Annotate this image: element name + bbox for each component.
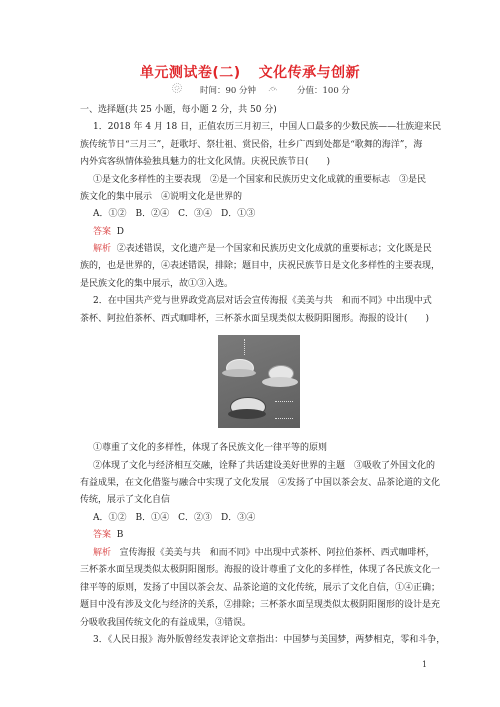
question-2-analysis: 分吸收我国传统文化的有益成果，③错误。: [80, 617, 251, 629]
question-2-option-statements: 有益成果，在文化借鉴与融合中实现了文化发展 ④发扬了中国以茶会友、品茶论道的文化: [80, 477, 440, 489]
question-2-text: 2．在中国共产党与世界政党高层对话会宣传海报《美美与共 和而不同》中出现中式: [93, 295, 432, 307]
question-1-option-statements: 族文化的集中展示 ④说明文化是世界的: [80, 191, 242, 203]
page-title: 单元测试卷(二)文化传承与创新: [0, 62, 500, 82]
title-topic: 文化传承与创新: [259, 65, 361, 81]
question-2-option-statements: ②体现了文化与经济相互交融，诠释了共话建设美好世界的主题 ③吸收了外国文化的: [93, 460, 435, 472]
question-1-analysis: 是民族文化的集中展示，故①③入选。: [80, 278, 233, 290]
page-number: 1: [422, 660, 427, 669]
question-1-text: 1．2018 年 4 月 18 日，正值农历三月初三，中国人口最多的少数民族——…: [93, 121, 441, 133]
question-2-analysis: 律平等的原则，发扬了中国以茶会友、品茶论道的文化传统，展示了文化自信，①④正确；: [80, 582, 440, 594]
question-1-text: 内外宾客纵情体验独具魅力的壮文化风情。庆祝民族节日( ): [80, 156, 330, 168]
question-3-text: 3．《人民日报》海外版曾经发表评论文章指出：中国梦与美国梦，两梦相克，零和斗争，: [93, 634, 445, 646]
analysis-label: 解析: [93, 548, 111, 558]
title-unit: 单元测试卷(二): [140, 65, 241, 81]
question-2-option-statements: 传统，展示了文化自信: [80, 494, 170, 506]
question-2-analysis: 三杯茶水面呈现类似太极阴阳图形。海报的设计尊重了文化的多样性，体现了各民族文化一: [80, 564, 440, 576]
question-2-choices: A．①② B．①④ C．②③ D．③④: [93, 512, 255, 524]
tea-cups-poster-image: [218, 335, 300, 428]
question-2-analysis: 解析 宣传海报《美美与共 和而不同》中出现中式茶杯、阿拉伯茶杯、西式咖啡杯，: [93, 547, 435, 559]
decorative-flower-icon: [170, 82, 184, 94]
answer-label: 答案: [93, 530, 111, 540]
question-1-analysis: 族的，也是世界的，④表述错误，排除；题目中，庆祝民族节日是文化多样性的主要表现，: [80, 260, 440, 272]
question-2-option-statements: ①尊重了文化的多样性，体现了各民族文化一律平等的原则: [93, 442, 327, 454]
question-1-answer: 答案 D: [93, 226, 124, 238]
question-2-analysis: 题目中没有涉及文化与经济的关系，②排除；三杯茶水面呈现类似太极阴阳图形的设计是充: [80, 599, 440, 611]
section-heading: 一、选择题(共 25 小题，每小题 2 分，共 50 分): [80, 104, 277, 116]
analysis-label: 解析: [93, 244, 111, 254]
time-limit: 时间：90 分钟: [200, 84, 256, 96]
answer-value: B: [117, 530, 124, 540]
answer-value: D: [117, 227, 124, 237]
poster-vertical-text: [244, 339, 246, 355]
total-score: 分值：100 分: [297, 84, 350, 96]
question-1-text: 族传统节日“三月三”，赶歌圩、祭壮祖、赏民俗，壮乡广西到处都是“歌舞的海洋”，海: [80, 139, 422, 151]
question-1-option-statements: ①是文化多样性的主要表现 ②是一个国家和民族历史文化成就的重要标志 ③是民: [93, 174, 426, 186]
patterned-saucer: [228, 409, 266, 419]
question-1-choices: A．①② B．②④ C．③④ D．①③: [93, 208, 255, 220]
decorative-flower-icon: [266, 82, 280, 94]
question-2-answer: 答案 B: [93, 529, 123, 541]
answer-label: 答案: [93, 227, 111, 237]
document-page: 单元测试卷(二)文化传承与创新 时间：90 分钟 分值：100 分 一、选择题(…: [0, 0, 500, 707]
saucer: [262, 377, 298, 387]
saucer: [222, 369, 256, 377]
poster-caption: [275, 401, 293, 419]
question-1-analysis: 解析 ②表述错误，文化遗产是一个国家和民族历史文化成就的重要标志；文化既是民: [93, 243, 432, 255]
question-2-text: 茶杯、阿拉伯茶杯、西式咖啡杯，三杯茶水面呈现类似太极阴阳图形。海报的设计( ): [80, 313, 429, 325]
